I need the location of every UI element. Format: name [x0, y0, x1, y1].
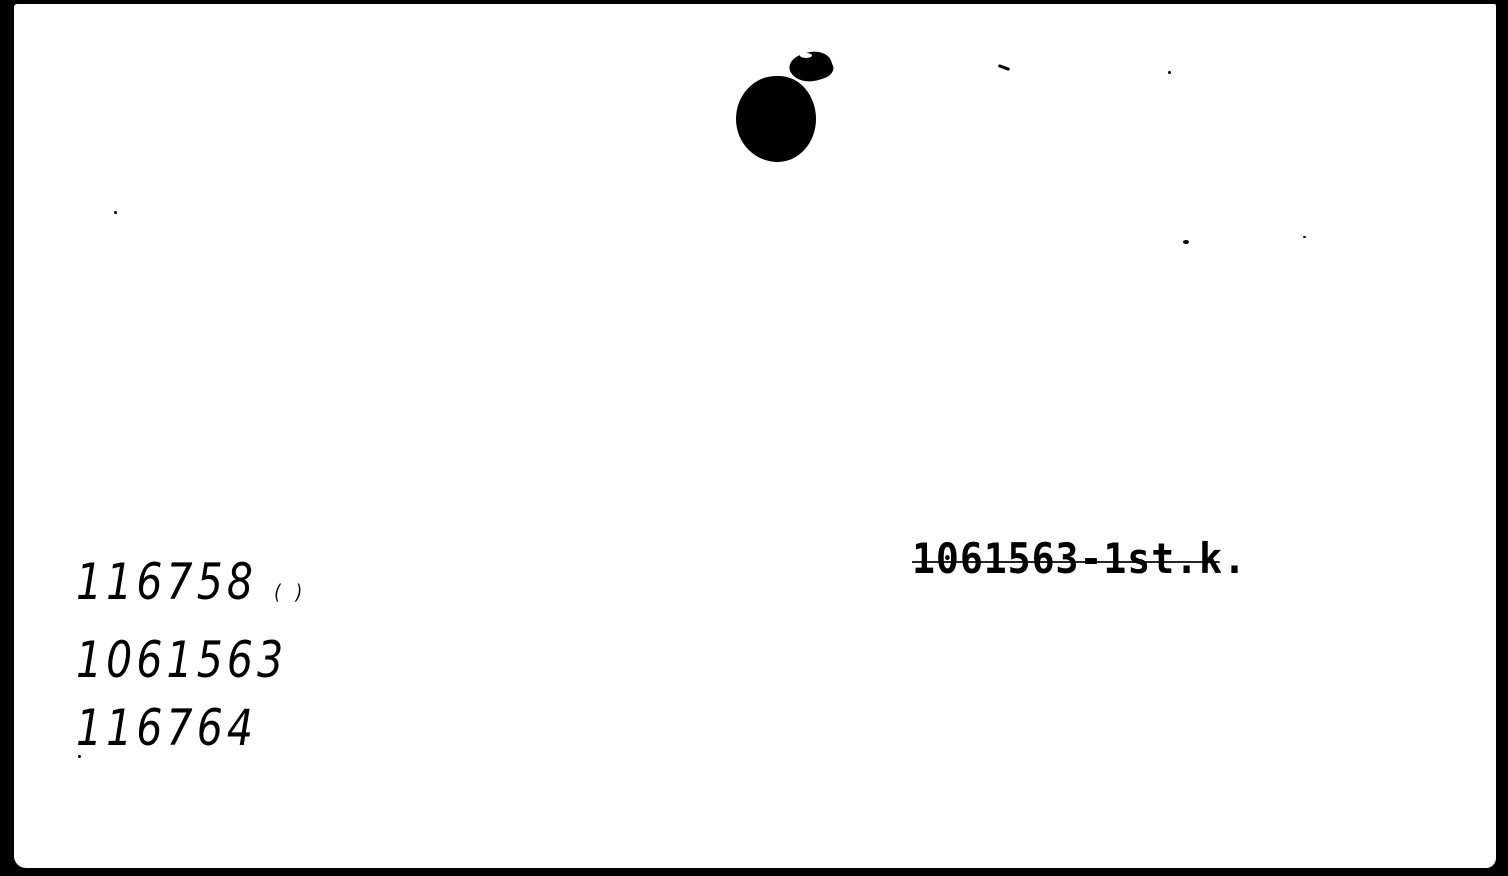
handwritten-number: 116764 [76, 699, 257, 757]
handwritten-note: ( ) [274, 580, 307, 604]
scanned-page: 116758 ( ) 1061563 116764 1061563-1st.k. [0, 0, 1508, 876]
strikethrough-line [912, 561, 1220, 563]
handwritten-line: 1061563 [76, 626, 307, 694]
ink-speck [1168, 71, 1171, 74]
handwritten-line: 116758 ( ) [76, 548, 307, 626]
typed-entry-text: 1061563-1st.k. [912, 534, 1247, 583]
punch-hole-tear-gap [800, 53, 812, 58]
handwritten-numbers: 116758 ( ) 1061563 116764 [76, 548, 307, 762]
ink-speck [1303, 236, 1306, 238]
handwritten-line: 116764 [76, 694, 307, 762]
handwritten-number: 1061563 [76, 631, 287, 689]
punch-hole [736, 76, 816, 162]
handwritten-number: 116758 [76, 553, 257, 611]
ink-speck [1183, 240, 1189, 244]
ink-speck [114, 211, 117, 214]
typed-entry: 1061563-1st.k. [912, 532, 1247, 586]
